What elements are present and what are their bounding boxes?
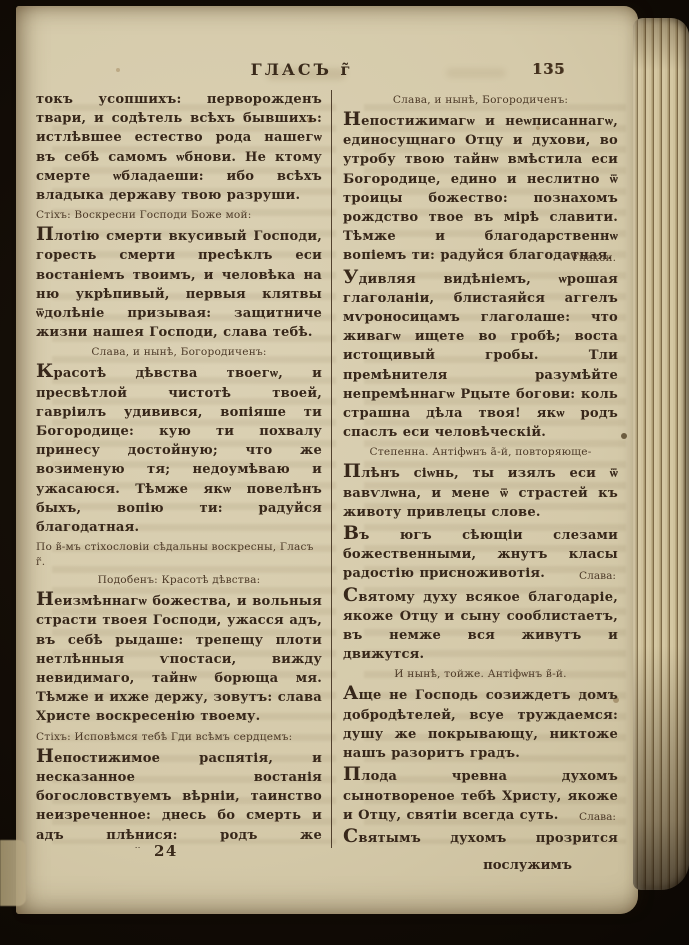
bleed-through-header (446, 68, 506, 78)
hymn-paragraph: Аще не Господь созиждетъ домъ добродѣтел… (343, 684, 618, 763)
rubric-podoben: Подобенъ: Красотѣ дѣвства: (36, 573, 322, 588)
hymn-paragraph: Плода чревна духомъ сынотвореное тебѣ Хр… (343, 765, 618, 825)
paragraph-text: Неизмѣннагѡ божества, и вольныя страсти … (36, 590, 322, 726)
hymn-paragraph: Неизмѣннагѡ божества, и вольныя страсти … (36, 590, 322, 726)
quire-signature: 24 (154, 842, 178, 860)
rubric-slava: Слава, и нынѣ, Богородиченъ: (343, 93, 618, 108)
paragraph-text: Въ югъ сѣющіи слезами божественными, жну… (343, 524, 618, 584)
hymn-paragraph: Святымъ духомъ прозрится всякая святыня,… (343, 827, 618, 848)
book-fore-edge-pages (633, 18, 689, 890)
column-right: Слава, и нынѣ, Богородиченъ: Непостижима… (332, 90, 618, 848)
paragraph-text: Плѣнъ сіѡнь, ты изялъ еси ѿ вавѵлѡна, и … (343, 462, 618, 522)
book-page: ГЛАСЪ г̃ 135 токъ усопшихъ: перворожденъ… (16, 6, 638, 914)
hymn-paragraph: Красотѣ дѣвства твоегѡ, и пресвѣтлой чис… (36, 362, 322, 537)
paragraph-text: Святому духу всякое благодаріе, якоже От… (343, 586, 618, 665)
rubric-slava: Слава, и нынѣ, Богородиченъ: (36, 345, 322, 360)
rubric-stich: Стіхъ: Воскресни Господи Боже мой: (36, 208, 322, 223)
paragraph-text: Плотію смерти вкусивый Господи, горесть … (36, 225, 322, 342)
rubric-stepenna: Степенна. Антіфѡнъ а̃-й, повторяюще- (343, 445, 618, 460)
paragraph-text: Красотѣ дѣвства твоегѡ, и пресвѣтлой чис… (36, 362, 322, 537)
hymn-paragraph: Въ югъ сѣющіи слезами божественными, жну… (343, 524, 618, 584)
hymn-paragraph: Непостижимое распятія, и несказанное вос… (36, 747, 322, 848)
paragraph-text: Аще не Господь созиждетъ домъ добродѣтел… (343, 684, 618, 763)
hymn-paragraph: Непостижимагѡ и неѡписаннагѡ, единосущна… (343, 110, 618, 266)
paragraph-text: Удивляя видѣніемъ, ѡрошая глаголаніи, бл… (343, 268, 618, 443)
catchword: послужимъ (346, 858, 572, 873)
adjacent-page-edge (0, 840, 26, 906)
paragraph-text: Непостижимое распятія, и несказанное вос… (36, 747, 322, 848)
column-left: токъ усопшихъ: перворожденъ твари, и сод… (36, 90, 332, 848)
paragraph-text: токъ усопшихъ: перворожденъ твари, и сод… (36, 90, 322, 205)
hymn-paragraph: Святому духу всякое благодаріе, якоже От… (343, 586, 618, 665)
rubric-sedalen: По в̃-мъ стіхословіи сѣдальны воскресны,… (36, 540, 322, 570)
hymn-paragraph: Плотію смерти вкусивый Господи, горесть … (36, 225, 322, 342)
hymn-paragraph: токъ усопшихъ: перворожденъ твари, и сод… (36, 90, 322, 205)
page-number: 135 (532, 61, 565, 78)
running-head-tone: ГЛАСЪ г̃ (244, 60, 360, 79)
paragraph-text: Святымъ духомъ прозрится всякая святыня,… (343, 827, 618, 848)
rubric-antiphon: И нынѣ, тойже. Антіфѡнъ в̃-й. (343, 667, 618, 682)
paragraph-text: Плода чревна духомъ сынотвореное тебѣ Хр… (343, 765, 618, 825)
rubric-stich: Стіхъ: Исповѣмся тебѣ Гди всѣмъ сердцемъ… (36, 730, 322, 745)
text-columns: токъ усопшихъ: перворожденъ твари, и сод… (36, 90, 618, 848)
hymn-paragraph: Удивляя видѣніемъ, ѡрошая глаголаніи, бл… (343, 268, 618, 443)
section-label-slava: Слава: (579, 570, 616, 582)
hymn-paragraph: Плѣнъ сіѡнь, ты изялъ еси ѿ вавѵлѡна, и … (343, 462, 618, 522)
paragraph-text: Непостижимагѡ и неѡписаннагѡ, единосущна… (343, 110, 618, 266)
section-label-slava: Слава: (579, 811, 616, 823)
foxing-stains (16, 6, 20, 10)
section-label-hypakoe: Ѵпакои. (570, 252, 616, 264)
